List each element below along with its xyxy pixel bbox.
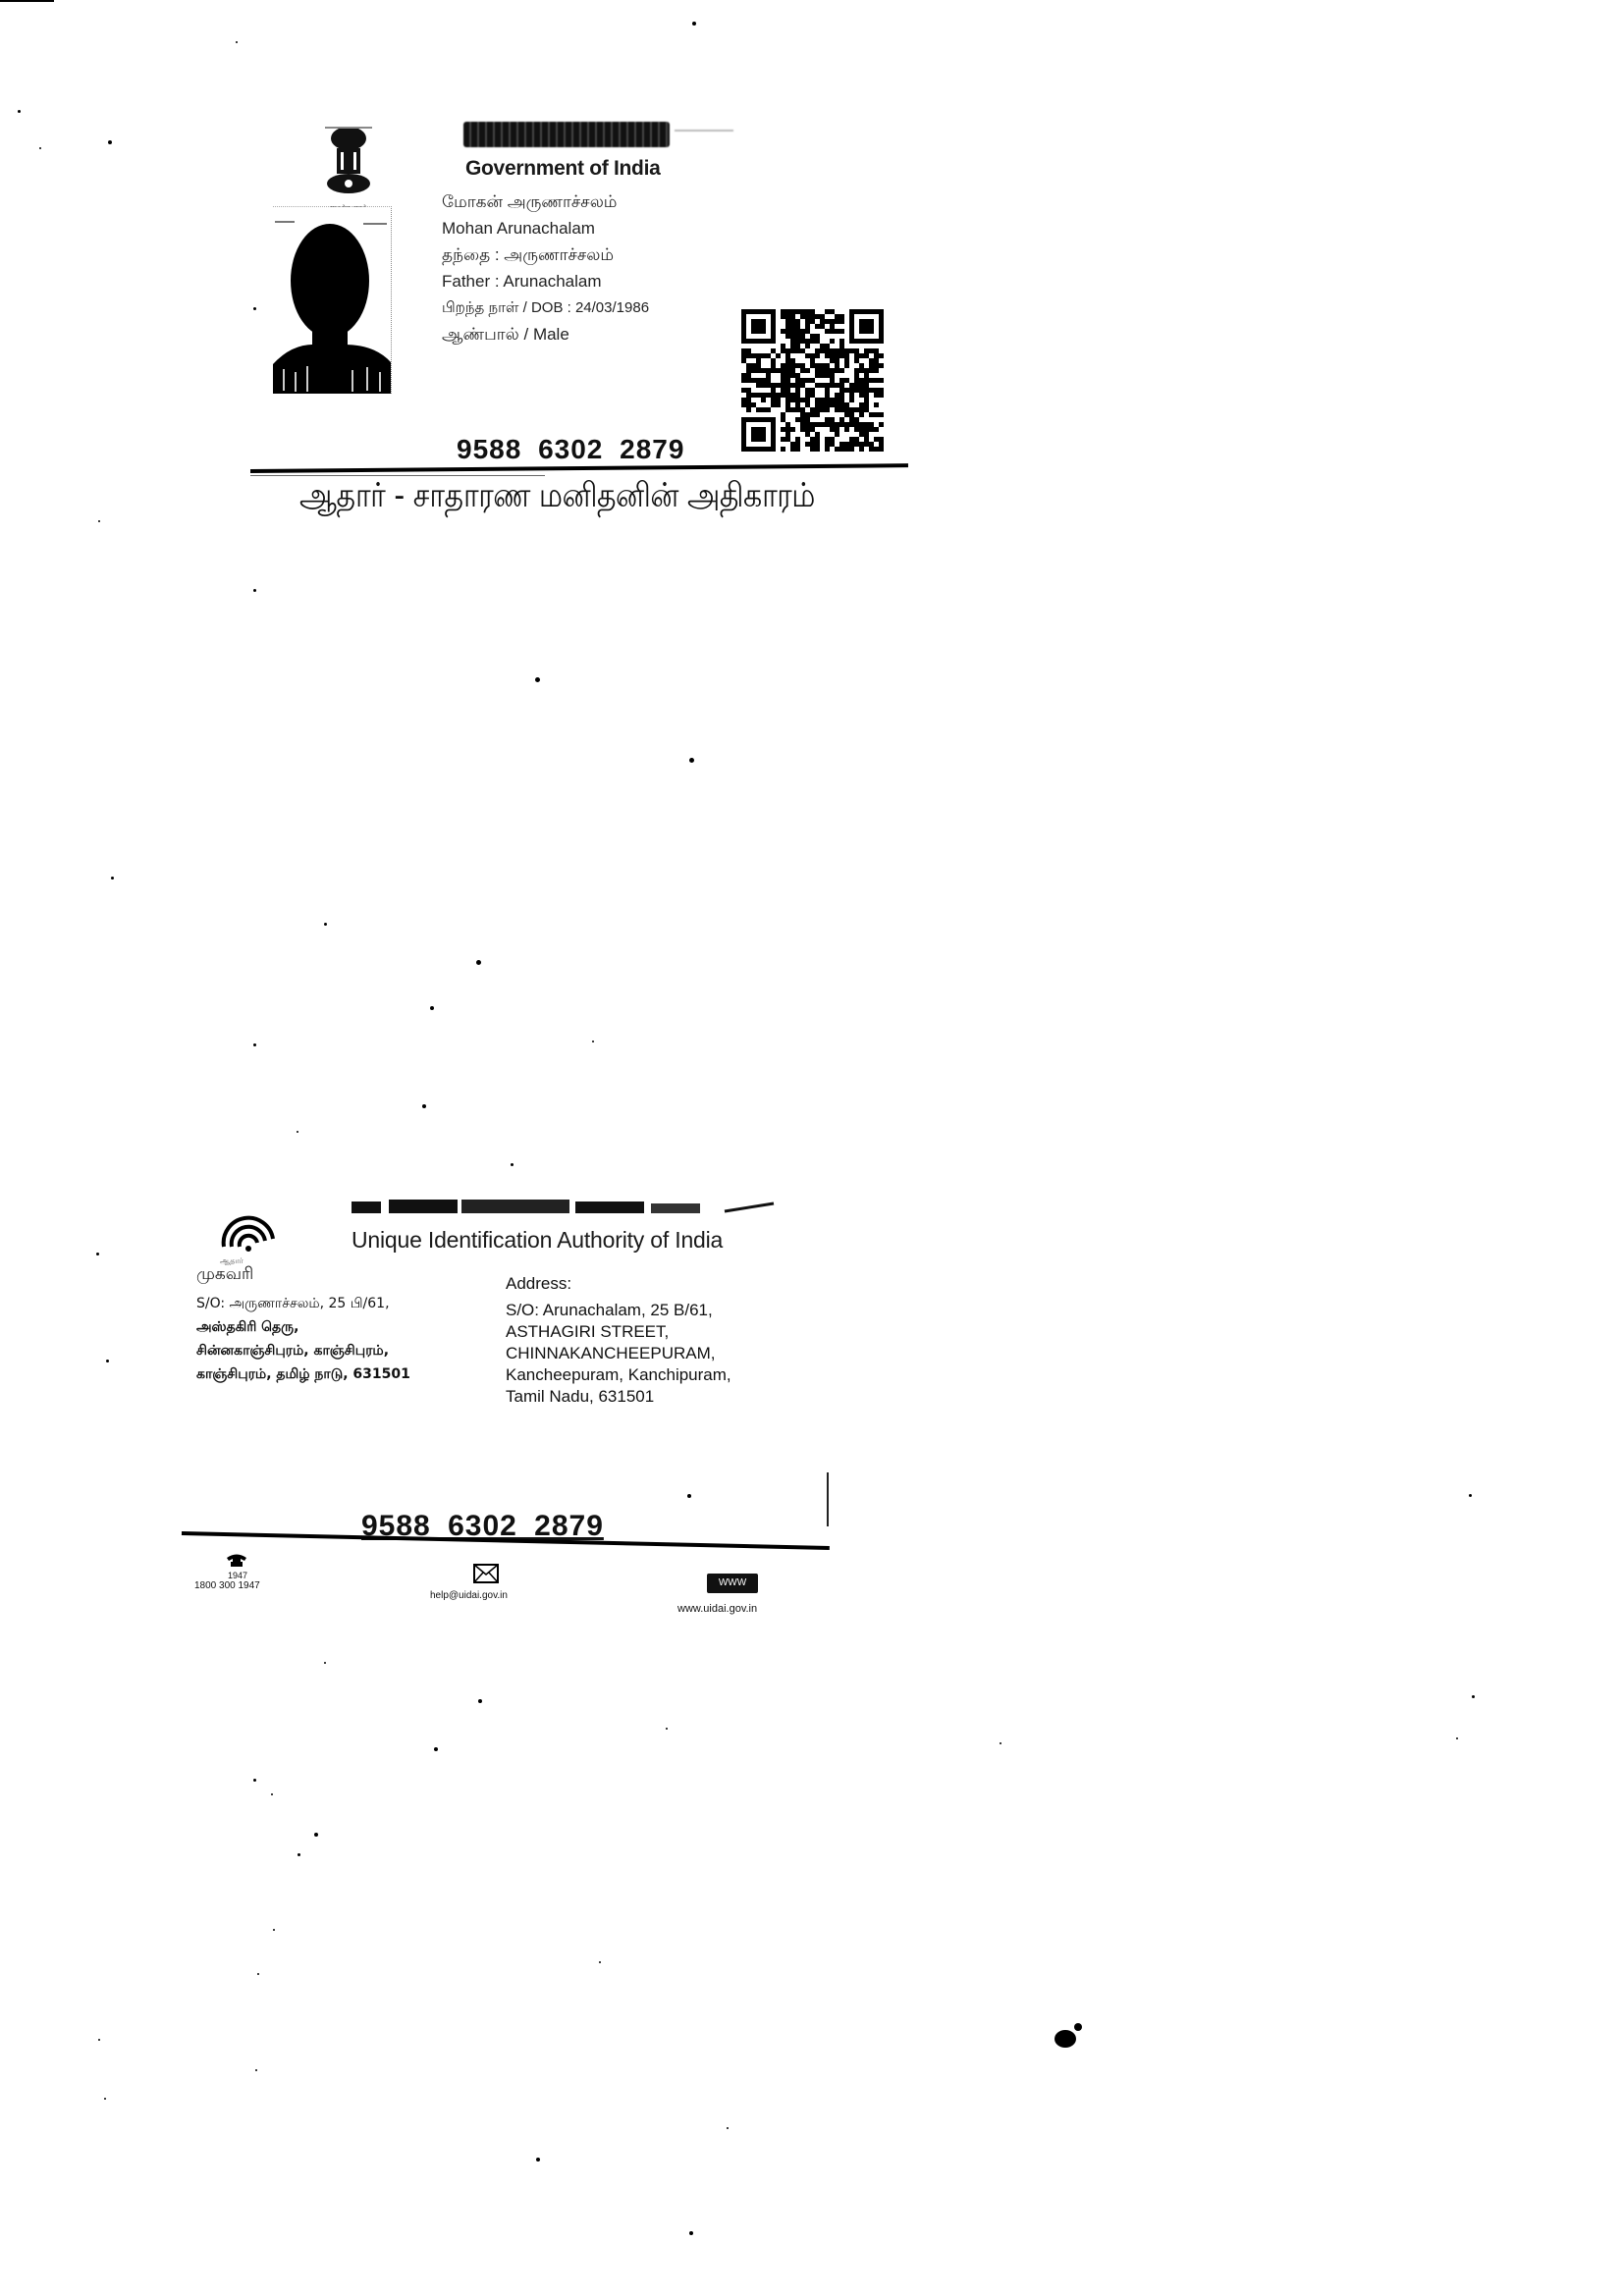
address-tamil-line: காஞ்சிபுரம், தமிழ் நாடு, 631501 xyxy=(196,1362,410,1386)
qr-code-icon xyxy=(741,309,884,452)
header-tamil-text: இந்திய தனித்துவ அடையாள ஆணையம் xyxy=(352,1200,352,1201)
dust-speck xyxy=(476,960,481,965)
dust-speck xyxy=(257,1973,259,1975)
aadhaar-number-front: 9588 6302 2879 xyxy=(457,434,684,465)
aadhaar-card-back: ஆதார் இந்திய தனித்துவ அடையாள ஆணையம் Uniq… xyxy=(177,1188,864,1629)
address-english-line: ASTHAGIRI STREET, xyxy=(506,1321,731,1343)
www-badge: WWW xyxy=(707,1574,758,1593)
name-english: Mohan Arunachalam xyxy=(442,220,595,237)
dust-speck xyxy=(106,1360,109,1362)
envelope-icon xyxy=(473,1564,499,1583)
ink-blot xyxy=(1053,2020,1086,2050)
father-tamil: தந்தை : அருணாச்சலம் xyxy=(442,246,614,263)
aadhaar-card-front: सत्यमेव जयते இந்திய அரசாங்கம் Government… xyxy=(245,108,913,560)
address-english-line: S/O: Arunachalam, 25 B/61, xyxy=(506,1300,731,1321)
dust-speck xyxy=(689,2231,693,2235)
dust-speck xyxy=(39,147,41,149)
address-tamil-line: சின்னகாஞ்சிபுரம், காஞ்சிபுரம், xyxy=(196,1339,410,1362)
father-english: Father : Arunachalam xyxy=(442,273,602,290)
dust-speck xyxy=(1000,1742,1001,1744)
dust-speck xyxy=(692,22,696,26)
dust-speck xyxy=(599,1961,601,1963)
address-label-english: Address: xyxy=(506,1274,571,1294)
dust-speck xyxy=(96,1253,99,1255)
telephone-icon xyxy=(226,1553,247,1567)
portrait-photo xyxy=(273,206,392,394)
dust-speck xyxy=(1472,1695,1475,1698)
dust-speck xyxy=(104,2098,106,2100)
dust-speck xyxy=(511,1163,514,1166)
dust-speck xyxy=(108,140,112,144)
help-email: help@uidai.gov.in xyxy=(430,1590,508,1601)
dust-speck xyxy=(1469,1494,1472,1497)
helpline-short: 1947 xyxy=(228,1571,247,1580)
name-tamil: மோகன் அருணாச்சலம் xyxy=(442,193,618,210)
address-english-line: CHINNAKANCHEEPURAM, xyxy=(506,1343,731,1364)
dust-speck xyxy=(727,2127,729,2129)
scan-edge-mark xyxy=(0,0,54,2)
dust-speck xyxy=(236,41,238,43)
dust-speck xyxy=(422,1104,426,1108)
header-tamil: இந்திய அரசாங்கம் xyxy=(463,122,670,147)
address-label-tamil: முகவரி xyxy=(196,1264,253,1286)
national-emblem-icon xyxy=(319,123,378,201)
slogan-tamil: ஆதார் - சாதாரண மனிதனின் அதிகாரம் xyxy=(299,476,815,520)
fingerprint-sun-logo-icon xyxy=(214,1200,283,1258)
dust-speck xyxy=(478,1699,482,1703)
website-url: www.uidai.gov.in xyxy=(677,1603,757,1615)
dust-speck xyxy=(324,923,327,926)
dust-speck xyxy=(687,1494,691,1498)
header-uidai: Unique Identification Authority of India xyxy=(352,1227,723,1254)
dust-speck xyxy=(271,1793,273,1795)
date-of-birth: பிறந்த நாள் / DOB : 24/03/1986 xyxy=(442,300,649,315)
dust-speck xyxy=(98,2039,100,2041)
address-tamil-line: அஸ்தகிரி தெரு, xyxy=(196,1315,410,1339)
dust-speck xyxy=(297,1131,298,1133)
address-tamil-line: S/O: அருணாச்சலம், 25 பி/61, xyxy=(196,1292,410,1315)
dust-speck xyxy=(98,520,100,522)
dust-speck xyxy=(253,307,256,310)
dust-speck xyxy=(592,1041,594,1042)
dust-speck xyxy=(111,877,114,880)
address-english-line: Kancheepuram, Kanchipuram, xyxy=(506,1364,731,1386)
header-government-of-india: Government of India xyxy=(465,157,661,181)
dust-speck xyxy=(430,1006,434,1010)
dust-speck xyxy=(324,1662,326,1664)
dust-speck xyxy=(666,1728,668,1730)
address-english-line: Tamil Nadu, 631501 xyxy=(506,1386,731,1408)
address-english: S/O: Arunachalam, 25 B/61, ASTHAGIRI STR… xyxy=(506,1300,731,1408)
dust-speck xyxy=(273,1929,275,1931)
dust-speck xyxy=(1456,1737,1458,1739)
dust-speck xyxy=(298,1853,300,1856)
dust-speck xyxy=(18,110,21,113)
edge-mark xyxy=(827,1472,829,1526)
dust-speck xyxy=(253,1779,256,1782)
header-tamil-smudged xyxy=(352,1198,793,1215)
dust-speck xyxy=(536,2158,540,2162)
address-tamil: S/O: அருணாச்சலம், 25 பி/61, அஸ்தகிரி தெர… xyxy=(196,1292,410,1386)
gender: ஆண்பால் / Male xyxy=(442,326,569,343)
dust-speck xyxy=(255,2069,257,2071)
dust-speck xyxy=(434,1747,438,1751)
dust-speck xyxy=(314,1833,318,1837)
dust-speck xyxy=(253,589,256,592)
dust-speck xyxy=(689,758,694,763)
dust-speck xyxy=(253,1043,256,1046)
dust-speck xyxy=(535,677,540,682)
helpline-full: 1800 300 1947 xyxy=(194,1580,260,1591)
